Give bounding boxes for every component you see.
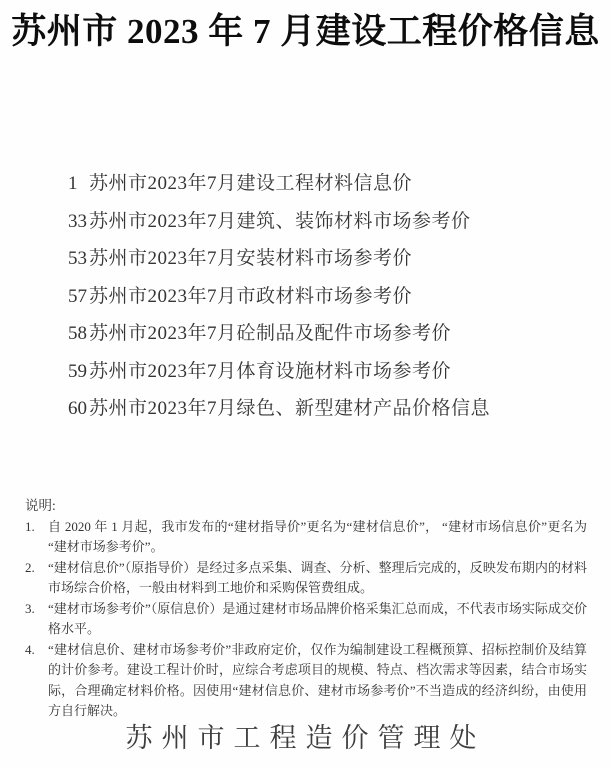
toc-entry: 59 苏州市2023年7月体育设施材料市场参考价 (0, 353, 611, 391)
toc-entry-title: 苏州市2023年7月体育设施材料市场参考价 (89, 353, 611, 391)
toc-entry: 33 苏州市2023年7月建筑、装饰材料市场参考价 (0, 203, 611, 241)
note-text: “建材信息价”（原指导价）是经过多点采集、调查、分析、整理后完成的，反映发布期内… (48, 558, 587, 599)
note-number: 3. (25, 599, 48, 620)
toc-entry-title: 苏州市2023年7月绿色、新型建材产品价格信息 (89, 390, 611, 428)
toc-entry: 58 苏州市2023年7月砼制品及配件市场参考价 (0, 315, 611, 353)
toc-entry-title: 苏州市2023年7月砼制品及配件市场参考价 (89, 315, 611, 353)
note-item: 3. “建材市场参考价”（原信息价）是通过建材市场品牌价格采集汇总而成，不代表市… (25, 599, 587, 640)
note-number: 1. (25, 517, 48, 538)
table-of-contents: 1 苏州市2023年7月建设工程材料信息价 33 苏州市2023年7月建筑、装饰… (0, 165, 611, 428)
toc-entry-title: 苏州市2023年7月市政材料市场参考价 (89, 278, 611, 316)
toc-entry-title: 苏州市2023年7月建筑、装饰材料市场参考价 (89, 203, 611, 241)
toc-entry-title: 苏州市2023年7月建设工程材料信息价 (89, 165, 611, 203)
notes-section: 说明: 1. 自 2020 年 1 月起，我市发布的“建材指导价”更名为“建材信… (25, 496, 587, 722)
toc-page-number: 33 (0, 203, 89, 241)
note-text: “建材信息价、建材市场参考价”非政府定价，仅作为编制建设工程概预算、招标控制价及… (48, 640, 587, 722)
note-item: 4. “建材信息价、建材市场参考价”非政府定价，仅作为编制建设工程概预算、招标控… (25, 640, 587, 722)
page-title: 苏州市 2023 年 7 月建设工程价格信息 (0, 8, 611, 56)
toc-entry: 1 苏州市2023年7月建设工程材料信息价 (0, 165, 611, 203)
toc-entry: 57 苏州市2023年7月市政材料市场参考价 (0, 278, 611, 316)
toc-entry: 60 苏州市2023年7月绿色、新型建材产品价格信息 (0, 390, 611, 428)
document-page: 苏州市 2023 年 7 月建设工程价格信息 1 苏州市2023年7月建设工程材… (0, 0, 611, 768)
toc-page-number: 58 (0, 315, 89, 353)
note-item: 2. “建材信息价”（原指导价）是经过多点采集、调查、分析、整理后完成的，反映发… (25, 558, 587, 599)
note-number: 2. (25, 558, 48, 579)
toc-entry: 53 苏州市2023年7月安装材料市场参考价 (0, 240, 611, 278)
toc-page-number: 53 (0, 240, 89, 278)
toc-page-number: 60 (0, 390, 89, 428)
note-text: “建材市场参考价”（原信息价）是通过建材市场品牌价格采集汇总而成，不代表市场实际… (48, 599, 587, 640)
note-item: 1. 自 2020 年 1 月起，我市发布的“建材指导价”更名为“建材信息价”，… (25, 517, 587, 558)
toc-page-number: 57 (0, 278, 89, 316)
toc-entry-title: 苏州市2023年7月安装材料市场参考价 (89, 240, 611, 278)
note-text: 自 2020 年 1 月起，我市发布的“建材指导价”更名为“建材信息价”， “建… (48, 517, 587, 558)
footer-organization-name: 苏州市工程造价管理处 (0, 718, 611, 758)
note-number: 4. (25, 640, 48, 661)
notes-heading: 说明: (25, 496, 587, 517)
toc-page-number: 59 (0, 353, 89, 391)
toc-page-number: 1 (0, 165, 89, 203)
